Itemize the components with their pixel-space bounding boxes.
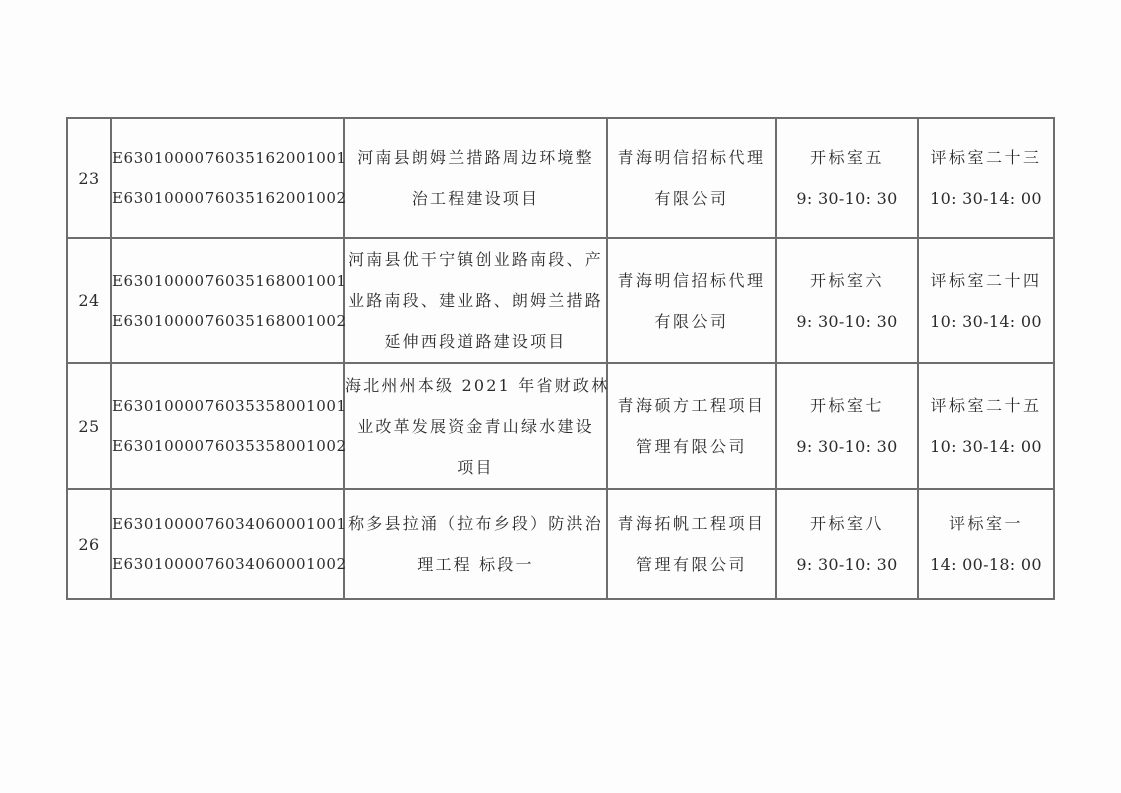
project-name-line: 海北州州本级 2021 年省财政林 xyxy=(345,365,606,406)
opening-cell: 开标室八 9: 30-10: 30 xyxy=(776,489,918,599)
project-code: E6301000076035358001001 xyxy=(112,386,343,426)
evaluation-time: 10: 30-14: 00 xyxy=(919,301,1053,342)
table-row: 24 E6301000076035168001001 E630100007603… xyxy=(67,238,1054,363)
evaluation-room: 评标室二十四 xyxy=(919,260,1053,301)
project-codes-cell: E6301000076035162001001 E630100007603516… xyxy=(111,118,344,238)
table-row: 25 E6301000076035358001001 E630100007603… xyxy=(67,363,1054,489)
row-number: 24 xyxy=(67,238,111,363)
project-name-line: 河南县朗姆兰措路周边环境整 xyxy=(345,137,606,178)
table-row: 26 E6301000076034060001001 E630100007603… xyxy=(67,489,1054,599)
project-name-cell: 海北州州本级 2021 年省财政林 业改革发展资金青山绿水建设 项目 xyxy=(344,363,607,489)
evaluation-cell: 评标室二十五 10: 30-14: 00 xyxy=(918,363,1054,489)
evaluation-room: 评标室二十三 xyxy=(919,137,1053,178)
opening-time: 9: 30-10: 30 xyxy=(777,426,917,467)
project-name-line: 河南县优干宁镇创业路南段、产 xyxy=(345,239,606,280)
project-code: E6301000076034060001001 xyxy=(112,504,343,544)
opening-time: 9: 30-10: 30 xyxy=(777,301,917,342)
project-name-line: 项目 xyxy=(345,447,606,488)
project-name-line: 延伸西段道路建设项目 xyxy=(345,321,606,362)
project-name-line: 业改革发展资金青山绿水建设 xyxy=(345,406,606,447)
project-code: E6301000076035162001001 xyxy=(112,138,343,178)
opening-time: 9: 30-10: 30 xyxy=(777,178,917,219)
opening-time: 9: 30-10: 30 xyxy=(777,544,917,585)
evaluation-cell: 评标室二十四 10: 30-14: 00 xyxy=(918,238,1054,363)
project-name-line: 治工程建设项目 xyxy=(345,178,606,219)
opening-room: 开标室七 xyxy=(777,385,917,426)
evaluation-cell: 评标室一 14: 00-18: 00 xyxy=(918,489,1054,599)
project-code: E6301000076035168001002 xyxy=(112,301,343,341)
project-name-line: 称多县拉涌（拉布乡段）防洪治 xyxy=(345,503,606,544)
agency-name-line: 有限公司 xyxy=(608,301,775,342)
project-name-cell: 称多县拉涌（拉布乡段）防洪治 理工程 标段一 xyxy=(344,489,607,599)
agency-name-line: 有限公司 xyxy=(608,178,775,219)
table-row: 23 E6301000076035162001001 E630100007603… xyxy=(67,118,1054,238)
project-codes-cell: E6301000076035168001001 E630100007603516… xyxy=(111,238,344,363)
agency-name-line: 管理有限公司 xyxy=(608,544,775,585)
evaluation-time: 10: 30-14: 00 xyxy=(919,178,1053,219)
evaluation-cell: 评标室二十三 10: 30-14: 00 xyxy=(918,118,1054,238)
project-codes-cell: E6301000076034060001001 E630100007603406… xyxy=(111,489,344,599)
project-codes-cell: E6301000076035358001001 E630100007603535… xyxy=(111,363,344,489)
project-code: E6301000076034060001002 xyxy=(112,544,343,584)
agency-name-line: 青海明信招标代理 xyxy=(608,137,775,178)
project-code: E6301000076035168001001 xyxy=(112,261,343,301)
agency-cell: 青海拓帆工程项目 管理有限公司 xyxy=(607,489,776,599)
opening-cell: 开标室五 9: 30-10: 30 xyxy=(776,118,918,238)
document-page: 23 E6301000076035162001001 E630100007603… xyxy=(0,0,1121,793)
bid-schedule-table: 23 E6301000076035162001001 E630100007603… xyxy=(66,117,1055,600)
agency-cell: 青海明信招标代理 有限公司 xyxy=(607,238,776,363)
row-number: 26 xyxy=(67,489,111,599)
agency-cell: 青海明信招标代理 有限公司 xyxy=(607,118,776,238)
evaluation-time: 14: 00-18: 00 xyxy=(919,544,1053,585)
agency-name-line: 青海明信招标代理 xyxy=(608,260,775,301)
project-name-line: 理工程 标段一 xyxy=(345,544,606,585)
evaluation-room: 评标室二十五 xyxy=(919,385,1053,426)
evaluation-time: 10: 30-14: 00 xyxy=(919,426,1053,467)
project-code: E6301000076035358001002 xyxy=(112,426,343,466)
row-number: 25 xyxy=(67,363,111,489)
agency-name-line: 管理有限公司 xyxy=(608,426,775,467)
opening-cell: 开标室六 9: 30-10: 30 xyxy=(776,238,918,363)
project-name-cell: 河南县朗姆兰措路周边环境整 治工程建设项目 xyxy=(344,118,607,238)
opening-room: 开标室五 xyxy=(777,137,917,178)
opening-room: 开标室六 xyxy=(777,260,917,301)
agency-name-line: 青海硕方工程项目 xyxy=(608,385,775,426)
opening-cell: 开标室七 9: 30-10: 30 xyxy=(776,363,918,489)
row-number: 23 xyxy=(67,118,111,238)
agency-name-line: 青海拓帆工程项目 xyxy=(608,503,775,544)
opening-room: 开标室八 xyxy=(777,503,917,544)
agency-cell: 青海硕方工程项目 管理有限公司 xyxy=(607,363,776,489)
evaluation-room: 评标室一 xyxy=(919,503,1053,544)
project-name-cell: 河南县优干宁镇创业路南段、产 业路南段、建业路、朗姆兰措路 延伸西段道路建设项目 xyxy=(344,238,607,363)
project-code: E6301000076035162001002 xyxy=(112,178,343,218)
project-name-line: 业路南段、建业路、朗姆兰措路 xyxy=(345,280,606,321)
